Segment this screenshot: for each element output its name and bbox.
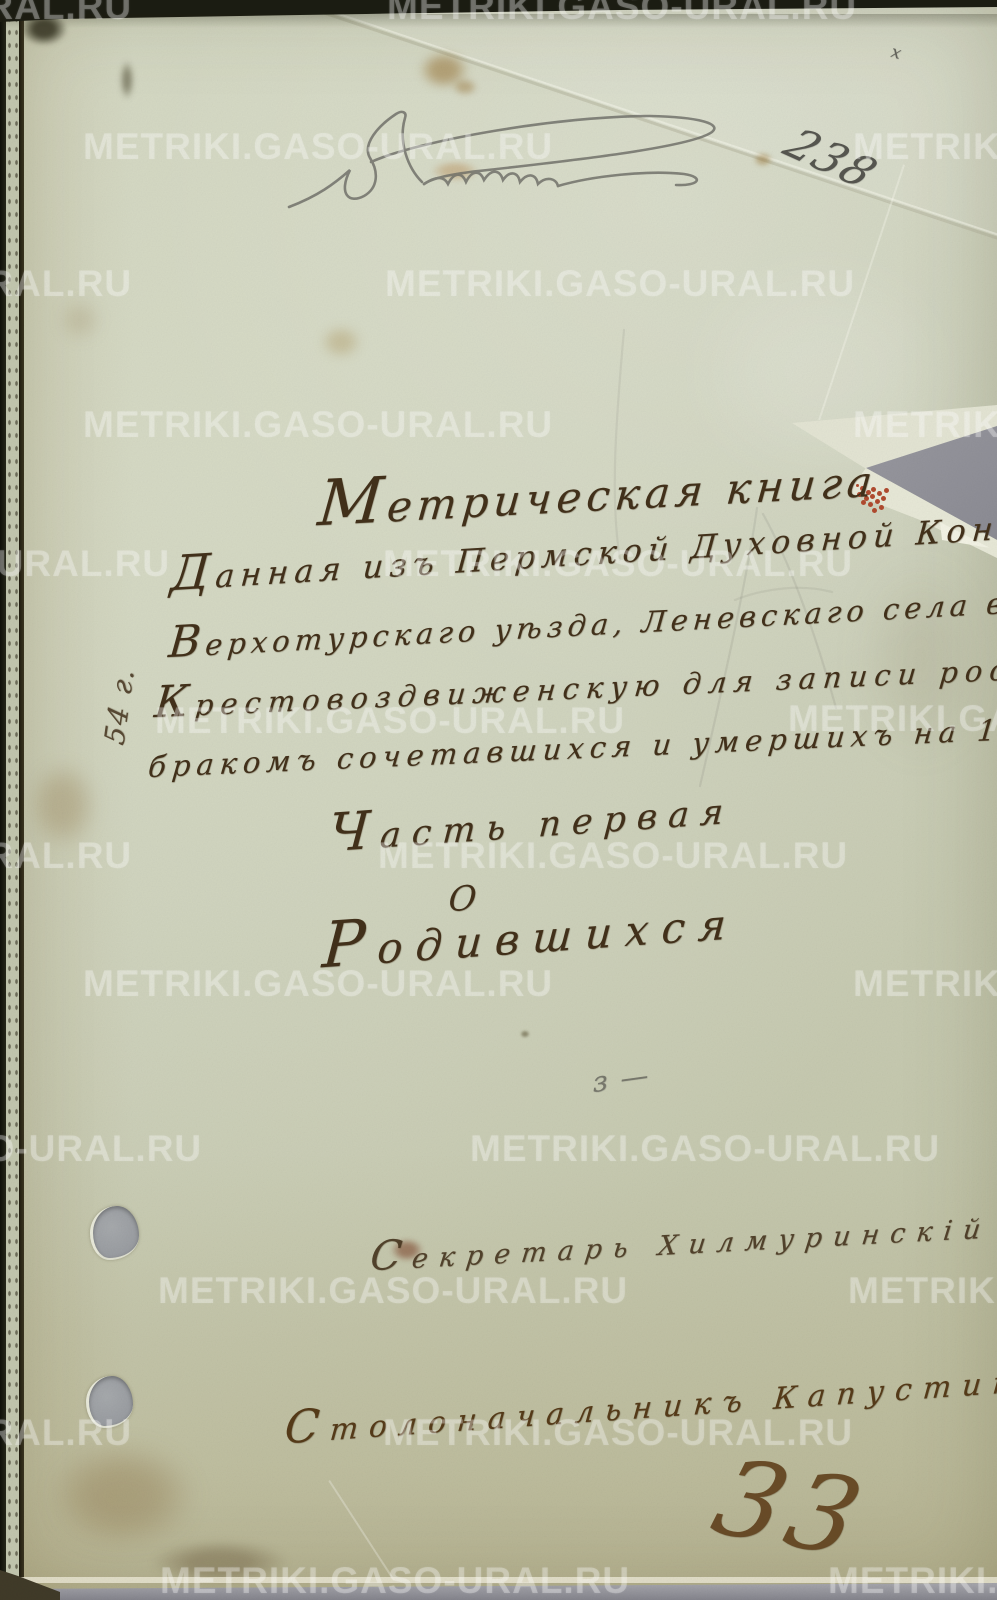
- watermark-text: METRIKI.GASO-URAL.RU: [828, 1560, 997, 1600]
- watermark-text: METRIKI.GASO-URAL.RU: [378, 835, 848, 877]
- watermark-text: METRIKI.GASO-URAL.RU: [0, 263, 132, 305]
- watermark-text: METRIKI.GASO-URAL.RU: [0, 1412, 132, 1454]
- watermark-text: METRIKI.GASO-URAL.RU: [83, 126, 553, 168]
- watermark-text: METRIKI.GASO-URAL.RU: [385, 263, 855, 305]
- watermark-layer: METRIKI.GASO-URAL.RUMETRIKI.GASO-URAL.RU…: [0, 0, 997, 1600]
- scanned-page: Метрическая книгаДанная изъ Пермской Дух…: [0, 0, 997, 1600]
- watermark-text: METRIKI.GASO-URAL.RU: [160, 1560, 630, 1600]
- watermark-text: METRIKI.GASO-URAL.RU: [0, 0, 132, 28]
- watermark-text: METRIKI.GASO-URAL.RU: [83, 963, 553, 1005]
- watermark-text: METRIKI.GASO-URAL.RU: [470, 1128, 940, 1170]
- watermark-text: METRIKI.GASO-URAL.RU: [853, 126, 997, 168]
- watermark-text: METRIKI.GASO-URAL.RU: [383, 543, 853, 585]
- watermark-text: METRIKI.GASO-URAL.RU: [0, 1128, 202, 1170]
- watermark-text: METRIKI.GASO-URAL.RU: [383, 1412, 853, 1454]
- watermark-text: METRIKI.GASO-URAL.RU: [155, 700, 625, 742]
- watermark-text: METRIKI.GASO-URAL.RU: [83, 404, 553, 446]
- watermark-text: METRIKI.GASO-URAL.RU: [0, 835, 132, 877]
- watermark-text: METRIKI.GASO-URAL.RU: [853, 963, 997, 1005]
- watermark-text: METRIKI.GASO-URAL.RU: [853, 404, 997, 446]
- watermark-text: METRIKI.GASO-URAL.RU: [848, 1270, 997, 1312]
- watermark-text: METRIKI.GASO-URAL.RU: [0, 543, 170, 585]
- watermark-text: METRIKI.GASO-URAL.RU: [788, 698, 997, 740]
- watermark-text: METRIKI.GASO-URAL.RU: [387, 0, 857, 28]
- watermark-text: METRIKI.GASO-URAL.RU: [158, 1270, 628, 1312]
